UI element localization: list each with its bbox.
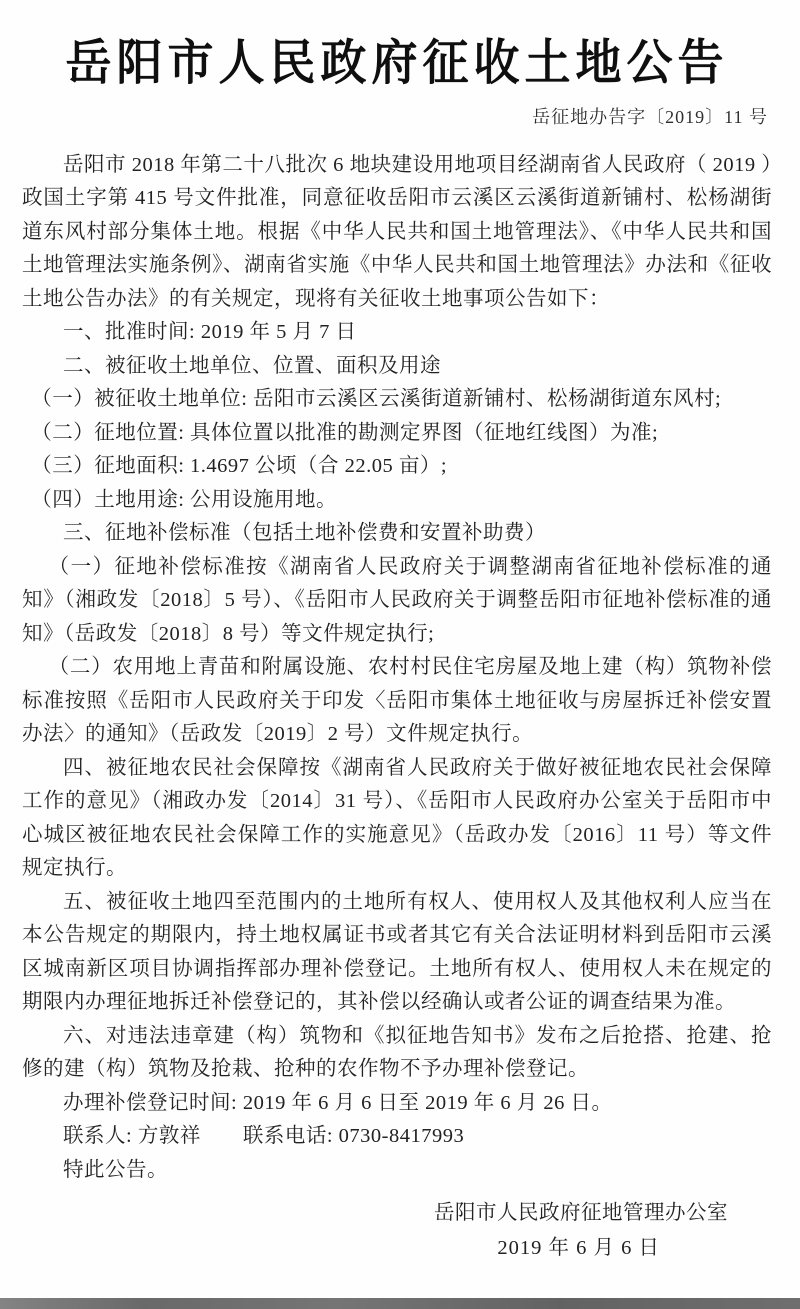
signature-office: 岳阳市人民政府征地管理办公室 [22,1196,772,1231]
document-page: 岳阳市人民政府征收土地公告 岳征地办告字〔2019〕11 号 岳阳市 2018 … [0,0,800,1309]
scan-bottom-edge [0,1298,800,1309]
page-title: 岳阳市人民政府征收土地公告 [22,35,772,91]
paragraph-item-5-register: 五、被征收土地四至范围内的土地所有权人、使用权人及其他权利人应当在本公告规定的期… [22,886,772,1020]
paragraph-item-2-heading: 二、被征收土地单位、位置、面积及用途 [22,350,772,384]
paragraph-item-4-social: 四、被征地农民社会保障按《湖南省人民政府关于做好被征地农民社会保障工作的意见》（… [22,752,772,886]
paragraph-item-3-1-standard: （一）征地补偿标准按《湖南省人民政府关于调整湖南省征地补偿标准的通知》（湘政发〔… [22,551,772,652]
paragraph-item-1-approval: 一、批准时间: 2019 年 5 月 7 日 [22,316,772,350]
paragraph-item-6-illegal: 六、对违法违章建（构）筑物和《拟征地告知书》发布之后抢搭、抢建、抢修的建（构）筑… [22,1020,772,1087]
paragraph-closing: 特此公告。 [22,1154,772,1188]
signature-block: 岳阳市人民政府征地管理办公室 2019 年 6 月 6 日 [22,1196,772,1266]
paragraph-item-3-2-standard: （二）农用地上青苗和附属设施、农村村民住宅房屋及地上建（构）筑物补偿标准按照《岳… [22,651,772,752]
paragraph-item-2-4-use: （四）土地用途: 公用设施用地。 [22,484,772,518]
announcement-body: 岳阳市 2018 年第二十八批次 6 地块建设用地项目经湖南省人民政府（ 201… [22,149,772,1188]
paragraph-item-2-1-unit: （一）被征收土地单位: 岳阳市云溪区云溪街道新铺村、松杨湖街道东风村; [22,383,772,417]
paragraph-item-2-3-area: （三）征地面积: 1.4697 公顷（合 22.05 亩）; [22,450,772,484]
paragraph-register-time: 办理补偿登记时间: 2019 年 6 月 6 日至 2019 年 6 月 26 … [22,1087,772,1121]
signature-date: 2019 年 6 月 6 日 [22,1231,772,1266]
paragraph-item-3-heading: 三、征地补偿标准（包括土地补偿费和安置补助费） [22,517,772,551]
paragraph-contact: 联系人: 方敦祥 联系电话: 0730-8417993 [22,1120,772,1154]
document-number: 岳征地办告字〔2019〕11 号 [22,103,772,129]
paragraph-intro: 岳阳市 2018 年第二十八批次 6 地块建设用地项目经湖南省人民政府（ 201… [22,149,772,317]
paragraph-item-2-2-location: （二）征地位置: 具体位置以批准的勘测定界图（征地红线图）为准; [22,417,772,451]
